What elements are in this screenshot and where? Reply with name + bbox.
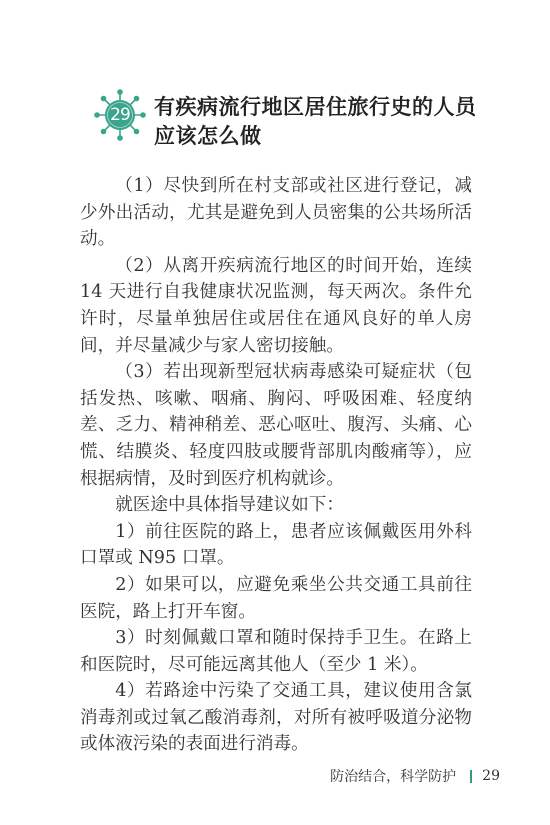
paragraph-1: （1）尽快到所在村支部或社区进行登记，减少外出活动，尤其是避免到人员密集的公共场…: [80, 173, 472, 253]
paragraph-guidance-2: 2）如果可以，应避免乘坐公共交通工具前往医院，路上打开车窗。: [80, 572, 472, 625]
title-line-1: 有疾病流行地区居住旅行史的人员: [154, 93, 477, 122]
paragraph-2: （2）从离开疾病流行地区的时间开始，连续 14 天进行自我健康状况监测，每天两次…: [80, 253, 472, 359]
footer-section-title: 防治结合，科学防护: [330, 766, 456, 786]
title-line-2: 应该怎么做: [154, 122, 477, 151]
paragraph-guidance-4: 4）若路途中污染了交通工具，建议使用含氯消毒剂或过氧乙酸消毒剂，对所有被呼吸道分…: [80, 678, 472, 758]
page-footer: 防治结合，科学防护 29: [330, 766, 500, 786]
paragraph-guidance-1: 1）前往医院的路上，患者应该佩戴医用外科口罩或 N95 口罩。: [80, 519, 472, 572]
body-text: （1）尽快到所在村支部或社区进行登记，减少外出活动，尤其是避免到人员密集的公共场…: [80, 173, 472, 758]
badge-number: 29: [92, 87, 148, 143]
footer-separator: [470, 770, 472, 783]
virus-number-badge-icon: 29: [92, 87, 148, 143]
section-heading: 29 有疾病流行地区居住旅行史的人员 应该怎么做: [92, 85, 512, 155]
paragraph-guidance-intro: 就医途中具体指导建议如下：: [80, 492, 472, 519]
paragraph-3: （3）若出现新型冠状病毒感染可疑症状（包括发热、咳嗽、咽痛、胸闷、呼吸困难、轻度…: [80, 359, 472, 492]
paragraph-guidance-3: 3）时刻佩戴口罩和随时保持手卫生。在路上和医院时，尽可能远离其他人（至少 1 米…: [80, 625, 472, 678]
page-number: 29: [482, 768, 500, 784]
page-title: 有疾病流行地区居住旅行史的人员 应该怎么做: [154, 93, 477, 151]
